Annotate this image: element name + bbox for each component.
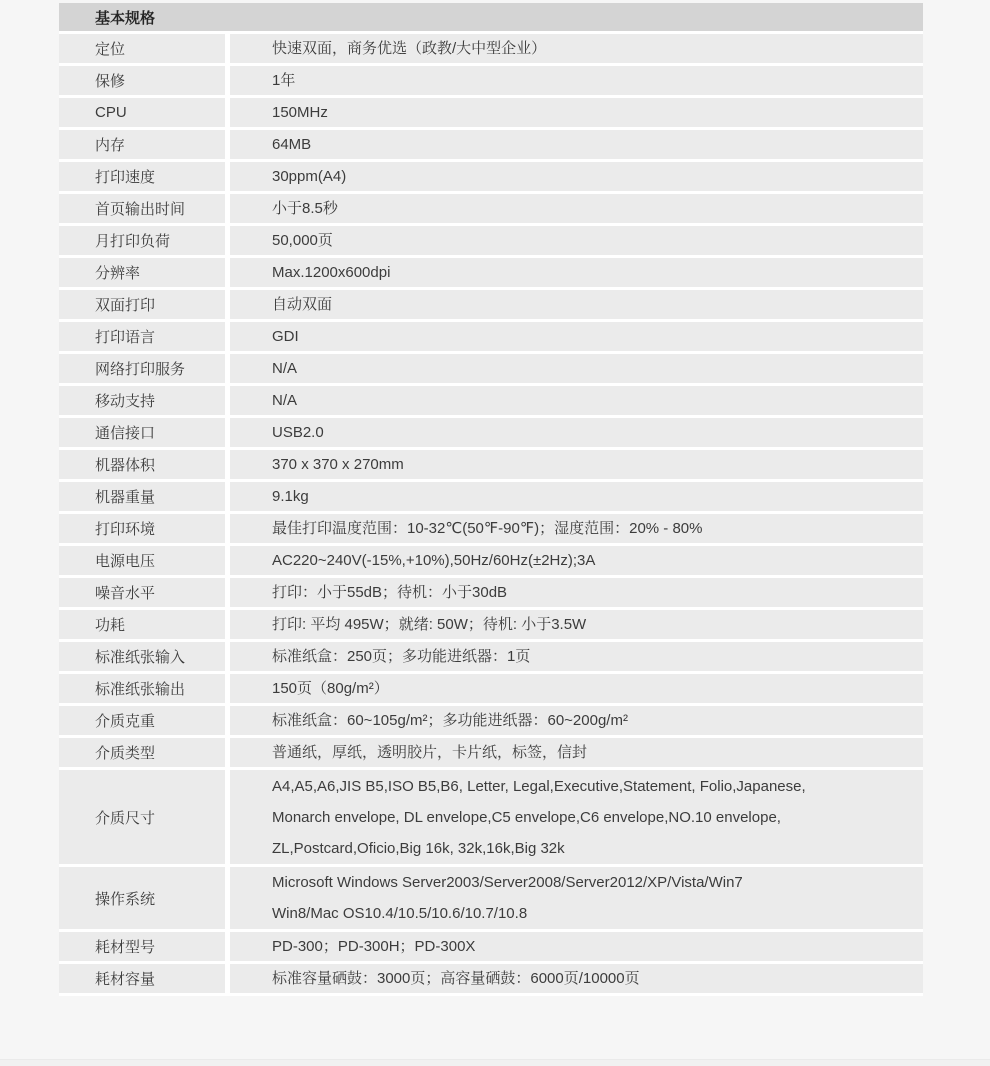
row-interface: 通信接口 USB2.0 — [59, 418, 923, 447]
row-mobile-support: 移动支持 N/A — [59, 386, 923, 415]
spec-label: 月打印负荷 — [59, 226, 225, 255]
spec-label: 机器体积 — [59, 450, 225, 479]
spec-label: 介质克重 — [59, 706, 225, 735]
row-duplex-printing: 双面打印 自动双面 — [59, 290, 923, 319]
row-machine-dimensions: 机器体积 370 x 370 x 270mm — [59, 450, 923, 479]
spec-value-text: Max.1200x600dpi — [272, 258, 923, 287]
spec-value: 最佳打印温度范围：10-32℃(50℉-90℉)；湿度范围：20% - 80% — [230, 514, 923, 543]
spec-value: 快速双面，商务优选（政教/大中型企业） — [230, 34, 923, 63]
spec-value-text: 小于8.5秒 — [272, 194, 923, 223]
row-operating-system: 操作系统 Microsoft Windows Server2003/Server… — [59, 867, 923, 929]
product-spec-page: 基本规格 定位 快速双面，商务优选（政教/大中型企业） 保修 1年 CPU 15… — [0, 0, 990, 1066]
row-monthly-duty-cycle: 月打印负荷 50,000页 — [59, 226, 923, 255]
row-consumable-capacity: 耗材容量 标准容量硒鼓：3000页；高容量硒鼓：6000页/10000页 — [59, 964, 923, 993]
spec-label: 打印速度 — [59, 162, 225, 191]
spec-value-text: 150页（80g/m²） — [272, 674, 923, 703]
spec-value-text: AC220~240V(-15%,+10%),50Hz/60Hz(±2Hz);3A — [272, 546, 923, 575]
spec-label: 保修 — [59, 66, 225, 95]
spec-label: 内存 — [59, 130, 225, 159]
spec-value: GDI — [230, 322, 923, 351]
row-media-size: 介质尺寸 A4,A5,A6,JIS B5,ISO B5,B6, Letter, … — [59, 770, 923, 864]
spec-value-text: 标准纸盒：250页；多功能进纸器：1页 — [272, 642, 923, 671]
row-media-type: 介质类型 普通纸，厚纸，透明胶片，卡片纸，标签，信封 — [59, 738, 923, 767]
spec-label: 移动支持 — [59, 386, 225, 415]
spec-value-text: 最佳打印温度范围：10-32℃(50℉-90℉)；湿度范围：20% - 80% — [272, 514, 923, 543]
spec-value: 9.1kg — [230, 482, 923, 511]
spec-value-text: 50,000页 — [272, 226, 923, 255]
spec-value-text: 9.1kg — [272, 482, 923, 511]
row-standard-paper-input: 标准纸张输入 标准纸盒：250页；多功能进纸器：1页 — [59, 642, 923, 671]
spec-value: 小于8.5秒 — [230, 194, 923, 223]
spec-label: CPU — [59, 98, 225, 127]
spec-value: A4,A5,A6,JIS B5,ISO B5,B6, Letter, Legal… — [230, 770, 923, 864]
spec-value-text: 打印: 平均 495W；就绪: 50W；待机: 小于3.5W — [272, 610, 923, 639]
spec-value: N/A — [230, 354, 923, 383]
spec-value: 打印: 平均 495W；就绪: 50W；待机: 小于3.5W — [230, 610, 923, 639]
spec-label: 噪音水平 — [59, 578, 225, 607]
spec-label: 打印环境 — [59, 514, 225, 543]
spec-label: 标准纸张输入 — [59, 642, 225, 671]
spec-table: 基本规格 定位 快速双面，商务优选（政教/大中型企业） 保修 1年 CPU 15… — [59, 3, 923, 996]
row-consumable-model: 耗材型号 PD-300；PD-300H；PD-300X — [59, 932, 923, 961]
spec-label: 耗材容量 — [59, 964, 225, 993]
spec-value-text: 打印：小于55dB；待机：小于30dB — [272, 578, 923, 607]
spec-value-text: 标准纸盒：60~105g/m²；多功能进纸器：60~200g/m² — [272, 706, 923, 735]
spec-value-text: N/A — [272, 386, 923, 415]
spec-value-text: 64MB — [272, 130, 923, 159]
spec-value-text: 1年 — [272, 66, 923, 95]
row-standard-paper-output: 标准纸张输出 150页（80g/m²） — [59, 674, 923, 703]
spec-value: 150MHz — [230, 98, 923, 127]
row-print-language: 打印语言 GDI — [59, 322, 923, 351]
spec-label: 介质尺寸 — [59, 770, 225, 864]
spec-value-text: USB2.0 — [272, 418, 923, 447]
spec-value: 标准纸盒：60~105g/m²；多功能进纸器：60~200g/m² — [230, 706, 923, 735]
row-machine-weight: 机器重量 9.1kg — [59, 482, 923, 511]
spec-label: 标准纸张输出 — [59, 674, 225, 703]
spec-value-text: Win8/Mac OS10.4/10.5/10.6/10.7/10.8 — [272, 898, 923, 929]
spec-label: 定位 — [59, 34, 225, 63]
row-first-page-out-time: 首页输出时间 小于8.5秒 — [59, 194, 923, 223]
spec-label: 首页输出时间 — [59, 194, 225, 223]
row-noise-level: 噪音水平 打印：小于55dB；待机：小于30dB — [59, 578, 923, 607]
spec-label: 操作系统 — [59, 867, 225, 929]
page-footer-strip — [0, 1059, 990, 1066]
spec-value-text: 普通纸，厚纸，透明胶片，卡片纸，标签，信封 — [272, 738, 923, 767]
row-resolution: 分辨率 Max.1200x600dpi — [59, 258, 923, 287]
spec-value: 370 x 370 x 270mm — [230, 450, 923, 479]
spec-value-text: A4,A5,A6,JIS B5,ISO B5,B6, Letter, Legal… — [272, 771, 923, 802]
spec-label: 网络打印服务 — [59, 354, 225, 383]
spec-value: Max.1200x600dpi — [230, 258, 923, 287]
spec-value: Microsoft Windows Server2003/Server2008/… — [230, 867, 923, 929]
spec-value: PD-300；PD-300H；PD-300X — [230, 932, 923, 961]
spec-value-text: Monarch envelope, DL envelope,C5 envelop… — [272, 802, 923, 833]
spec-value: 标准纸盒：250页；多功能进纸器：1页 — [230, 642, 923, 671]
row-printing-environment: 打印环境 最佳打印温度范围：10-32℃(50℉-90℉)；湿度范围：20% -… — [59, 514, 923, 543]
table-section-header: 基本规格 — [59, 3, 923, 31]
spec-value: 50,000页 — [230, 226, 923, 255]
row-media-weight: 介质克重 标准纸盒：60~105g/m²；多功能进纸器：60~200g/m² — [59, 706, 923, 735]
row-power-voltage: 电源电压 AC220~240V(-15%,+10%),50Hz/60Hz(±2H… — [59, 546, 923, 575]
row-print-speed: 打印速度 30ppm(A4) — [59, 162, 923, 191]
spec-value-text: ZL,Postcard,Oficio,Big 16k, 32k,16k,Big … — [272, 833, 923, 864]
row-cpu: CPU 150MHz — [59, 98, 923, 127]
row-warranty: 保修 1年 — [59, 66, 923, 95]
spec-value: 150页（80g/m²） — [230, 674, 923, 703]
spec-value-text: PD-300；PD-300H；PD-300X — [272, 932, 923, 961]
spec-value-text: 标准容量硒鼓：3000页；高容量硒鼓：6000页/10000页 — [272, 964, 923, 993]
spec-label: 电源电压 — [59, 546, 225, 575]
spec-value: N/A — [230, 386, 923, 415]
spec-value: 标准容量硒鼓：3000页；高容量硒鼓：6000页/10000页 — [230, 964, 923, 993]
spec-value-text: GDI — [272, 322, 923, 351]
spec-value-text: 150MHz — [272, 98, 923, 127]
spec-label: 打印语言 — [59, 322, 225, 351]
row-power-consumption: 功耗 打印: 平均 495W；就绪: 50W；待机: 小于3.5W — [59, 610, 923, 639]
row-network-print-service: 网络打印服务 N/A — [59, 354, 923, 383]
spec-value-text: Microsoft Windows Server2003/Server2008/… — [272, 867, 923, 898]
table-section-title: 基本规格 — [95, 7, 155, 28]
spec-label: 分辨率 — [59, 258, 225, 287]
spec-value: 1年 — [230, 66, 923, 95]
row-positioning: 定位 快速双面，商务优选（政教/大中型企业） — [59, 34, 923, 63]
spec-value: USB2.0 — [230, 418, 923, 447]
spec-label: 通信接口 — [59, 418, 225, 447]
spec-value: 打印：小于55dB；待机：小于30dB — [230, 578, 923, 607]
spec-label: 介质类型 — [59, 738, 225, 767]
spec-value-text: 快速双面，商务优选（政教/大中型企业） — [272, 34, 923, 63]
spec-value: 64MB — [230, 130, 923, 159]
spec-value-text: 370 x 370 x 270mm — [272, 450, 923, 479]
spec-label: 机器重量 — [59, 482, 225, 511]
spec-label: 功耗 — [59, 610, 225, 639]
spec-value-text: 自动双面 — [272, 290, 923, 319]
spec-value-text: 30ppm(A4) — [272, 162, 923, 191]
spec-value: 30ppm(A4) — [230, 162, 923, 191]
row-memory: 内存 64MB — [59, 130, 923, 159]
spec-value: 自动双面 — [230, 290, 923, 319]
spec-value: 普通纸，厚纸，透明胶片，卡片纸，标签，信封 — [230, 738, 923, 767]
spec-label: 双面打印 — [59, 290, 225, 319]
spec-value: AC220~240V(-15%,+10%),50Hz/60Hz(±2Hz);3A — [230, 546, 923, 575]
spec-value-text: N/A — [272, 354, 923, 383]
spec-label: 耗材型号 — [59, 932, 225, 961]
